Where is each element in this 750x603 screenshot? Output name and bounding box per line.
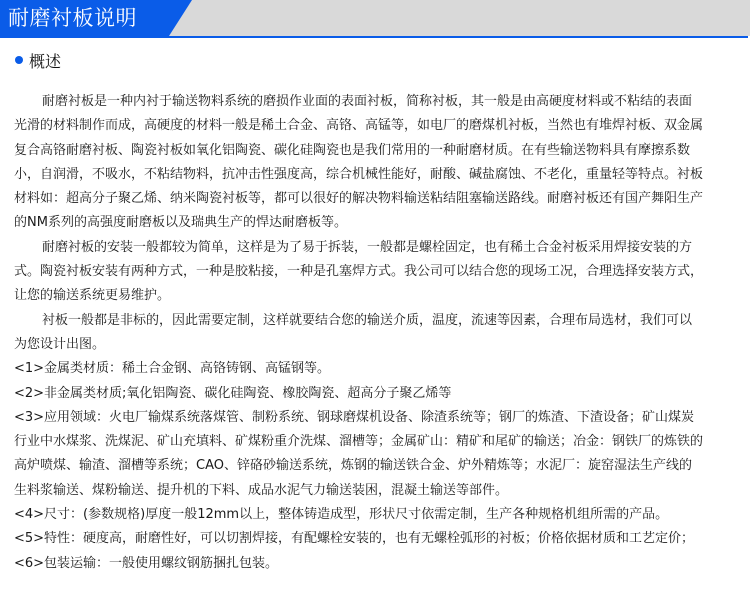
bullet-icon	[15, 56, 23, 64]
header-divider	[0, 36, 748, 38]
header-bar: 耐磨衬板说明	[0, 0, 750, 36]
section-title: 概述	[29, 49, 61, 72]
list-item-properties: <5>特性：硬度高，耐磨性好，可以切割焊接，有配螺栓安装的，也有无螺栓弧形的衬板…	[14, 527, 704, 551]
paragraph-installation: 耐磨衬板的安装一般都较为简单，这样是为了易于拆装，一般都是螺栓固定，也有稀土合金…	[14, 236, 704, 309]
list-item-packaging: <6>包装运输：一般使用螺纹钢筋捆扎包装。	[14, 552, 704, 576]
list-item-dimensions: <4>尺寸：(参数规格)厚度一般12mm以上，整体铸造成型，形状尺寸依需定制，生…	[14, 503, 704, 527]
list-item-nonmetal-materials: <2>非金属类材质;氧化铝陶瓷、碳化硅陶瓷、橡胶陶瓷、超高分子聚乙烯等	[14, 382, 704, 406]
description-body: 耐磨衬板是一种内衬于输送物料系统的磨损作业面的表面衬板，简称衬板，其一般是由高硬…	[14, 90, 704, 576]
list-item-metal-materials: <1>金属类材质：稀土合金钢、高铬铸钢、高锰钢等。	[14, 357, 704, 381]
list-item-applications: <3>应用领域：火电厂输煤系统落煤管、制粉系统、钢球磨煤机设备、除渣系统等；钢厂…	[14, 406, 704, 503]
page-title: 耐磨衬板说明	[8, 4, 137, 32]
section-heading: 概述	[15, 48, 61, 72]
paragraph-customization: 衬板一般都是非标的，因此需要定制，这样就要结合您的输送介质，温度，流速等因素，合…	[14, 309, 704, 358]
paragraph-overview: 耐磨衬板是一种内衬于输送物料系统的磨损作业面的表面衬板，简称衬板，其一般是由高硬…	[14, 90, 704, 236]
